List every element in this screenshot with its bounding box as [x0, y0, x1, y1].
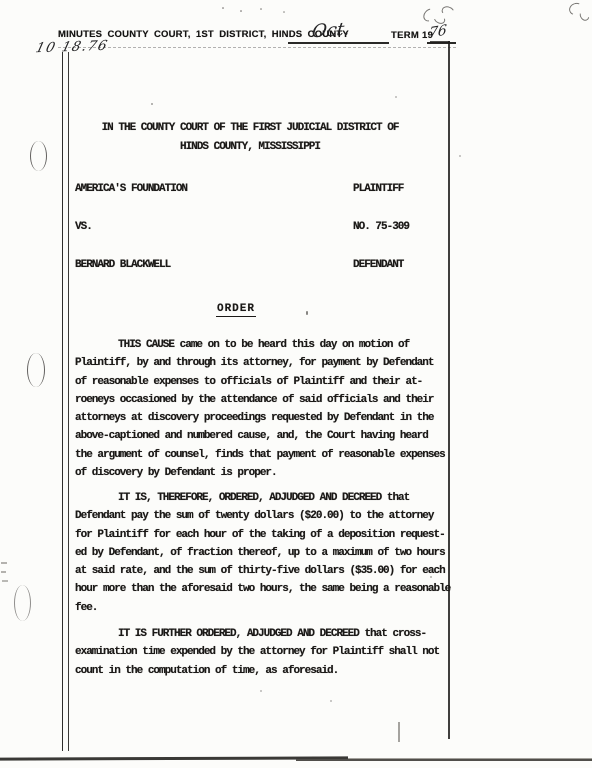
- court-title-line2: HINDS COUNTY, MISSISSIPPI: [75, 138, 425, 157]
- body-line: count in the computation of time, as afo…: [75, 662, 453, 680]
- court-title: IN THE COUNTY COURT OF THE FIRST JUDICIA…: [75, 119, 425, 156]
- scan-dash: [2, 580, 8, 582]
- scan-stray-line: [398, 722, 400, 742]
- term-month-blank-line: [288, 42, 389, 44]
- body-line: Plaintiff, by and through its attorney, …: [75, 354, 453, 372]
- scan-speck: [222, 7, 224, 9]
- body-line: the argument of counsel, finds that paym…: [75, 446, 453, 464]
- punch-hole-mark: [30, 141, 47, 171]
- scan-speck: [459, 155, 461, 157]
- punch-hole-mark: [14, 585, 31, 621]
- case-caption: AMERICA'S FOUNDATION PLAINTIFF VS. NO. 7…: [75, 180, 453, 280]
- bottom-scan-edge: [296, 759, 592, 761]
- binding-rule-left: [62, 52, 69, 751]
- scan-dash: [1, 571, 6, 573]
- handwritten-term-month: Oct.: [311, 19, 352, 43]
- header-underline-dashes: [58, 40, 456, 48]
- order-paragraph-3: IT IS FURTHER ORDERED, ADJUDGED AND DECR…: [75, 625, 453, 680]
- order-paragraph-1: THIS CAUSE came on to be heard this day …: [75, 336, 453, 482]
- body-line: IT IS FURTHER ORDERED, ADJUDGED AND DECR…: [75, 625, 453, 643]
- body-line: Defendant pay the sum of twenty dollars …: [75, 507, 453, 525]
- defendant-name: BERNARD BLACKWELL: [75, 259, 170, 271]
- versus-label: VS.: [75, 221, 92, 233]
- plaintiff-role-label: PLAINTIFF: [353, 180, 403, 198]
- handwritten-term-year: 76: [429, 22, 448, 42]
- page-rule-right-tick: [430, 41, 450, 43]
- scan-speck: [330, 700, 332, 702]
- punch-hole-mark: [27, 353, 45, 387]
- body-line: attorneys at discovery proceedings reque…: [75, 409, 453, 427]
- body-line: THIS CAUSE came on to be heard this day …: [75, 336, 453, 354]
- ink-smudge: [578, 8, 591, 22]
- caption-row-versus: VS. NO. 75-309: [75, 218, 453, 236]
- body-line: IT IS, THEREFORE, ORDERED, ADJUDGED AND …: [75, 489, 453, 507]
- body-line: of reasonable expenses to officials of P…: [75, 373, 453, 391]
- order-paragraph-2: IT IS, THEREFORE, ORDERED, ADJUDGED AND …: [75, 489, 453, 617]
- body-line: above-captioned and numbered cause, and,…: [75, 427, 453, 445]
- body-line: for Plaintiff for each hour of the takin…: [75, 526, 453, 544]
- plaintiff-name: AMERICA'S FOUNDATION: [75, 183, 187, 195]
- body-line: of discovery by Defendant is proper.: [75, 464, 453, 482]
- body-line: at said rate, and the sum of thirty-five…: [75, 562, 453, 580]
- body-line: hour more than the aforesaid two hours, …: [75, 580, 453, 598]
- defendant-role-label: DEFENDANT: [353, 256, 403, 274]
- body-line: roeneys occasioned by the attendance of …: [75, 391, 453, 409]
- order-heading: ORDER: [75, 300, 397, 318]
- court-title-line1: IN THE COUNTY COURT OF THE FIRST JUDICIA…: [75, 119, 425, 138]
- scan-speck: [283, 11, 285, 13]
- scan-dash: [1, 562, 7, 564]
- body-line: ed by Defendant, of fraction thereof, up…: [75, 544, 453, 562]
- caption-row-plaintiff: AMERICA'S FOUNDATION PLAINTIFF: [75, 180, 453, 198]
- scan-speck: [260, 8, 262, 10]
- order-heading-text: ORDER: [216, 303, 256, 317]
- scan-speck: [260, 690, 262, 692]
- scan-speck: [151, 103, 153, 105]
- body-line: fee.: [75, 599, 453, 617]
- scan-speck: [395, 96, 397, 98]
- handwritten-filing-date: 10 18.76: [34, 38, 110, 57]
- caption-row-defendant: BERNARD BLACKWELL DEFENDANT: [75, 256, 453, 274]
- term-label: TERM 19: [391, 30, 433, 41]
- scanned-document-page: MINUTES COUNTY COURT, 1ST DISTRICT, HIND…: [0, 0, 592, 768]
- scan-speck: [240, 10, 242, 12]
- body-line: examination time expended by the attorne…: [75, 643, 453, 661]
- case-number: NO. 75-309: [353, 218, 409, 236]
